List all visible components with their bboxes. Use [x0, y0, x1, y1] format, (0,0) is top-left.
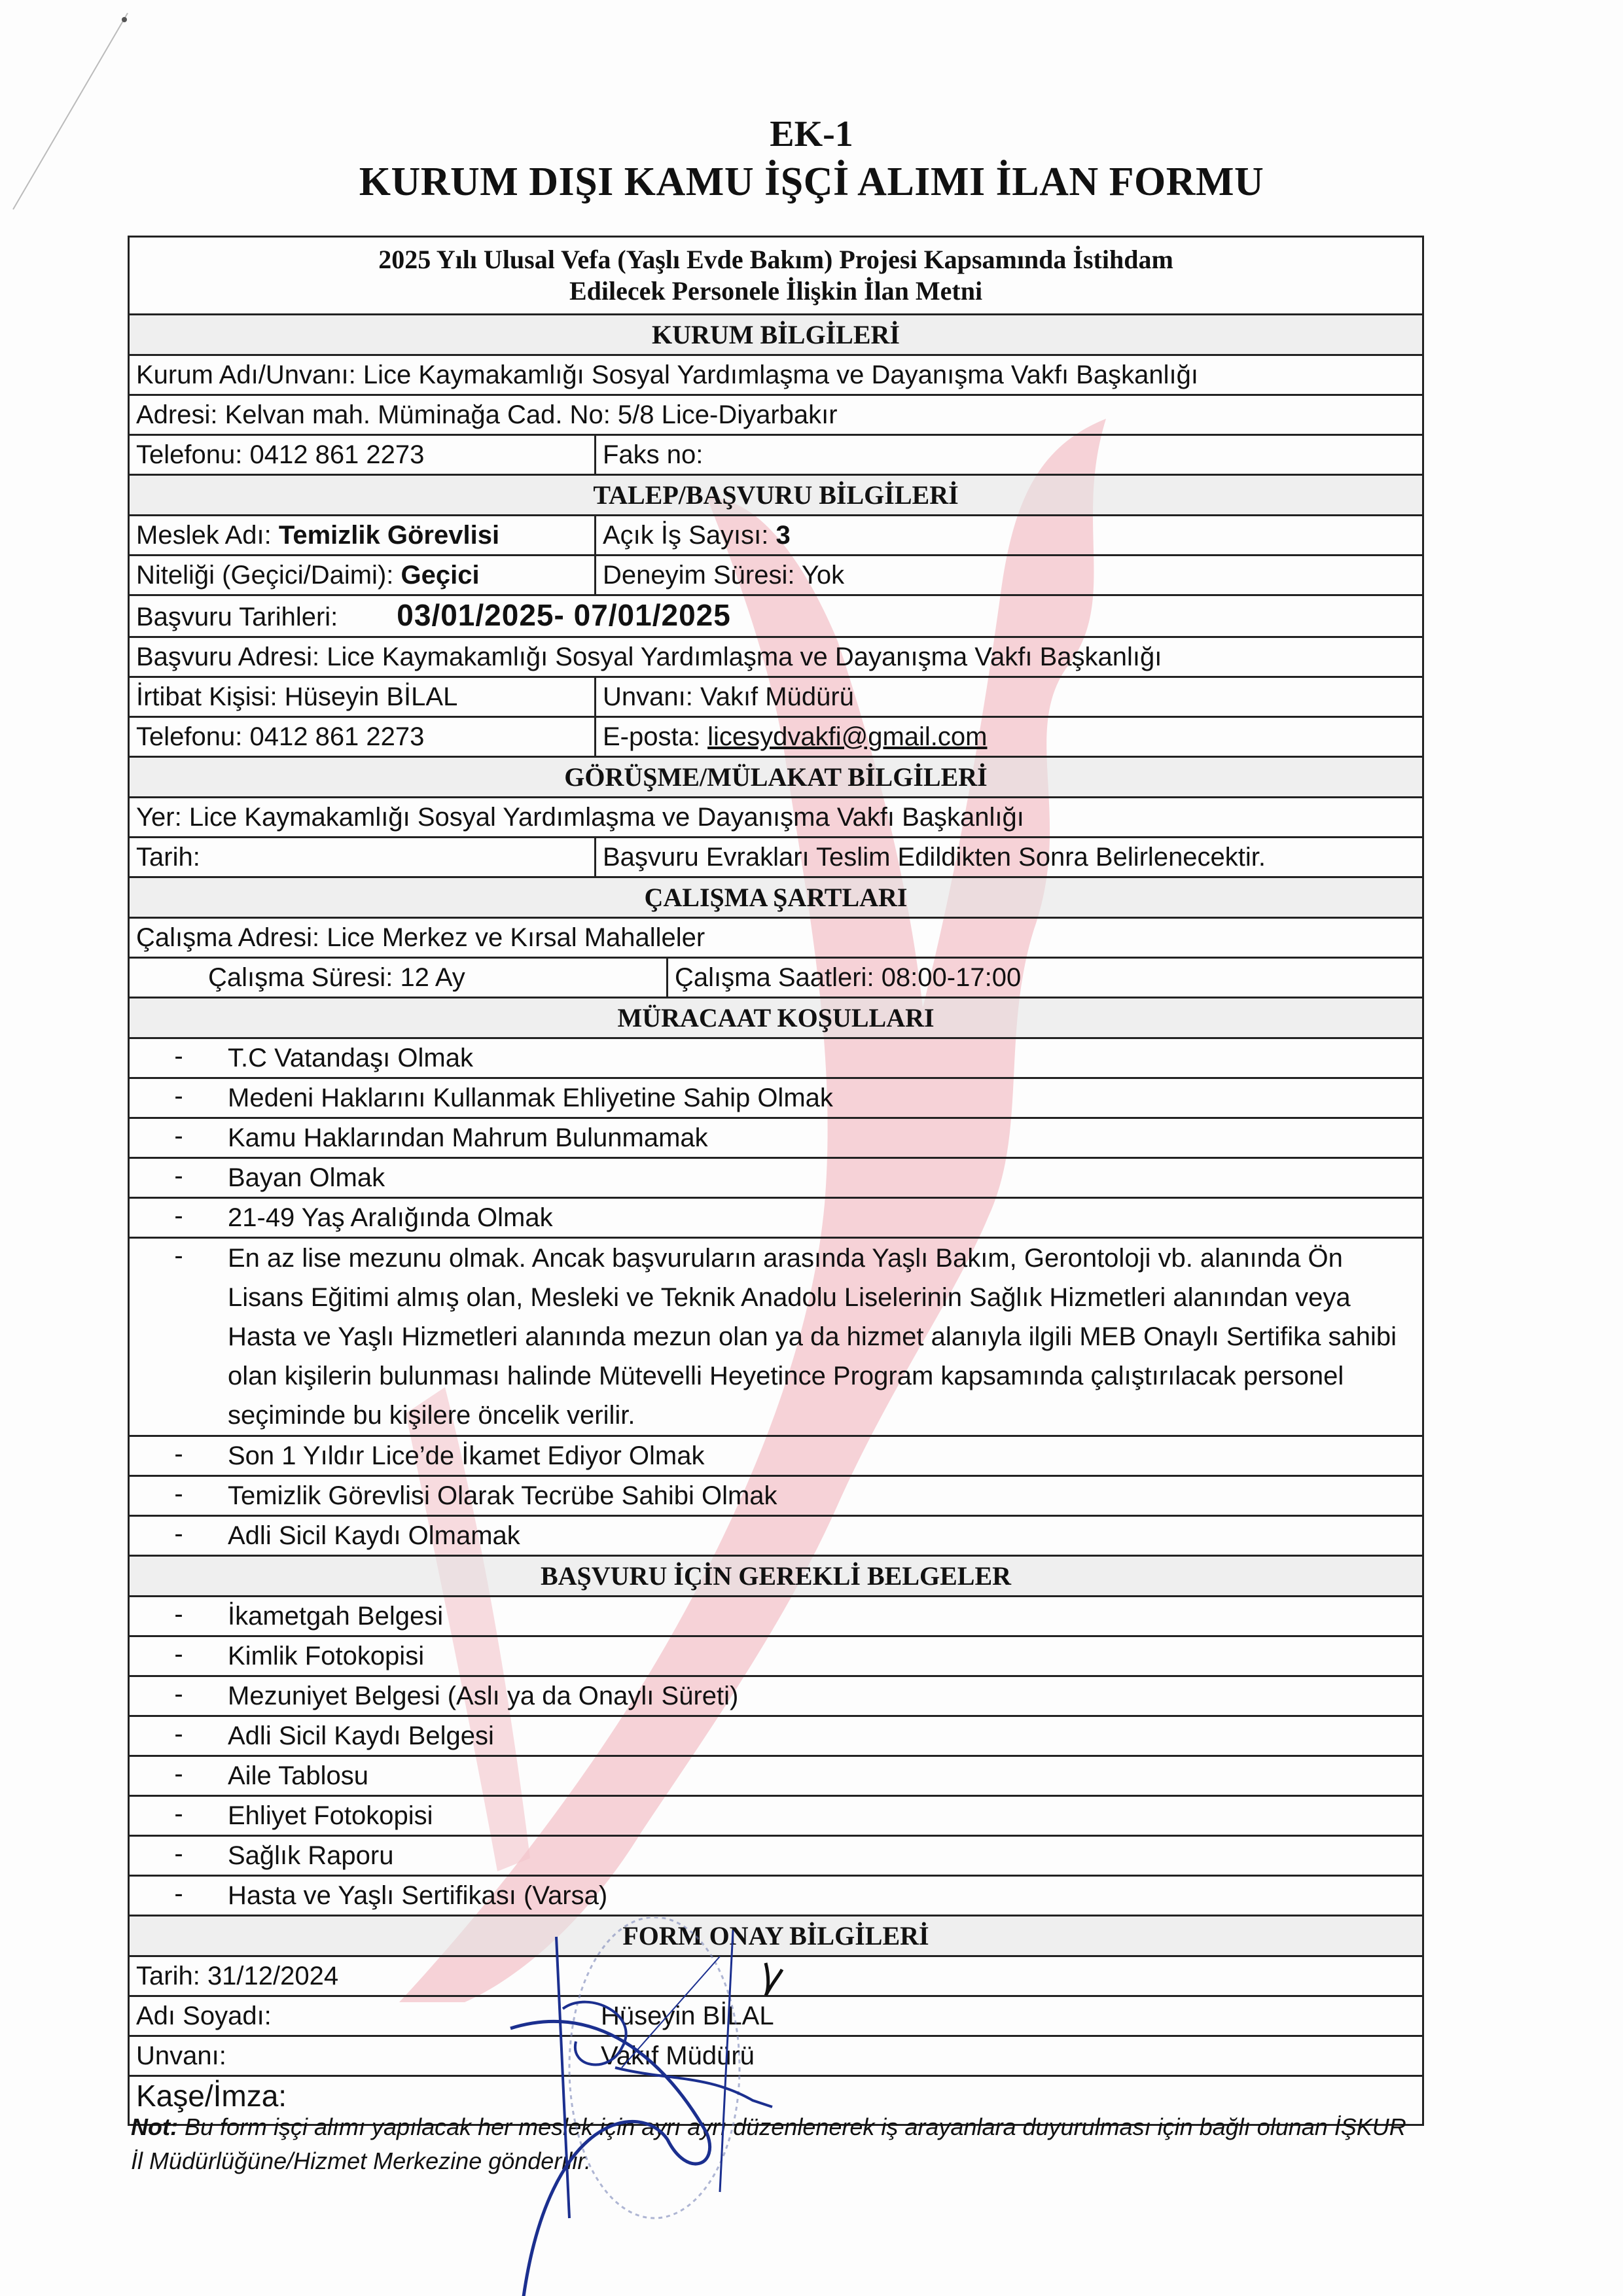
- contact-label: İrtibat Kişisi:: [136, 682, 277, 711]
- condition-item-text: 21-49 Yaş Aralığında Olmak: [228, 1199, 1422, 1237]
- interview-date-row: Tarih: Başvuru Evrakları Teslim Edildikt…: [130, 838, 1422, 878]
- occupation-row: Meslek Adı: Temizlik Görevlisi Açık İş S…: [130, 516, 1422, 556]
- condition-item-text: T.C Vatandaşı Olmak: [228, 1039, 1422, 1077]
- bullet-dash: -: [130, 1597, 228, 1635]
- bullet-dash: -: [130, 1637, 228, 1675]
- condition-item: -Kamu Haklarından Mahrum Bulunmamak: [130, 1119, 1422, 1159]
- bullet-dash: -: [130, 1477, 228, 1515]
- hours-value: 08:00-17:00: [882, 963, 1022, 992]
- institution-phone-value: 0412 861 2273: [249, 440, 424, 469]
- bullet-dash: -: [130, 1797, 228, 1835]
- dates-row: Başvuru Tarihleri:03/01/2025- 07/01/2025: [130, 596, 1422, 638]
- condition-item-text: En az lise mezunu olmak. Ancak başvurula…: [228, 1239, 1422, 1435]
- bullet-dash: -: [130, 1039, 228, 1077]
- approval-date-value: 31/12/2024: [207, 1962, 338, 1990]
- condition-item-text: Medeni Haklarını Kullanmak Ehliyetine Sa…: [228, 1079, 1422, 1117]
- document-item: -Sağlık Raporu: [130, 1837, 1422, 1877]
- section-interview: GÖRÜŞME/MÜLAKAT BİLGİLERİ: [130, 758, 1422, 798]
- contact-title-label: Unvanı:: [603, 682, 693, 711]
- institution-address-row: Adresi: Kelvan mah. Müminağa Cad. No: 5/…: [130, 396, 1422, 436]
- bullet-dash: -: [130, 1119, 228, 1157]
- conditions-list: -T.C Vatandaşı Olmak-Medeni Haklarını Ku…: [130, 1039, 1422, 1557]
- institution-name-row: Kurum Adı/Unvanı: Lice Kaymakamlığı Sosy…: [130, 356, 1422, 396]
- contact-phone-row: Telefonu: 0412 861 2273 E-posta: licesyd…: [130, 718, 1422, 758]
- type-row: Niteliği (Geçici/Daimi): Geçici Deneyim …: [130, 556, 1422, 596]
- institution-phone-label: Telefonu:: [136, 440, 242, 469]
- approval-date-label: Tarih:: [136, 1962, 200, 1990]
- bullet-dash: -: [130, 1199, 228, 1237]
- section-work: ÇALIŞMA ŞARTLARI: [130, 878, 1422, 919]
- occupation-value: Temizlik Görevlisi: [279, 521, 499, 550]
- contact-phone-label: Telefonu:: [136, 722, 242, 751]
- condition-item: -T.C Vatandaşı Olmak: [130, 1039, 1422, 1079]
- openings-value: 3: [776, 521, 791, 550]
- document-item-text: Mezuniyet Belgesi (Aslı ya da Onaylı Sür…: [228, 1677, 1422, 1715]
- annex-label: EK-1: [0, 111, 1623, 157]
- application-address-value: Lice Kaymakamlığı Sosyal Yardımlaşma ve …: [327, 643, 1162, 671]
- bullet-dash: -: [130, 1079, 228, 1117]
- section-documents: BAŞVURU İÇİN GEREKLİ BELGELER: [130, 1557, 1422, 1597]
- condition-item: -Medeni Haklarını Kullanmak Ehliyetine S…: [130, 1079, 1422, 1119]
- announcement-form: 2025 Yılı Ulusal Vefa (Yaşlı Evde Bakım)…: [128, 236, 1424, 2126]
- application-address-row: Başvuru Adresi: Lice Kaymakamlığı Sosyal…: [130, 638, 1422, 678]
- approval-seal-label: Kaşe/İmza:: [136, 2079, 287, 2113]
- approval-title-value: Vakıf Müdürü: [601, 2041, 755, 2070]
- duration-value: 12 Ay: [400, 963, 465, 992]
- institution-address-value: Kelvan mah. Müminağa Cad. No: 5/8 Lice-D…: [225, 400, 838, 429]
- interview-place-value: Lice Kaymakamlığı Sosyal Yardımlaşma ve …: [189, 803, 1024, 832]
- dates-value: 03/01/2025- 07/01/2025: [397, 598, 731, 632]
- bullet-dash: -: [130, 1677, 228, 1715]
- section-approval: FORM ONAY BİLGİLERİ: [130, 1916, 1422, 1957]
- interview-place-label: Yer:: [136, 803, 182, 832]
- email-label: E-posta:: [603, 722, 700, 751]
- document-item-text: Adli Sicil Kaydı Belgesi: [228, 1717, 1422, 1755]
- interview-place-row: Yer: Lice Kaymakamlığı Sosyal Yardımlaşm…: [130, 798, 1422, 838]
- duration-label: Çalışma Süresi:: [208, 963, 393, 992]
- document-item-text: Kimlik Fotokopisi: [228, 1637, 1422, 1675]
- bullet-dash: -: [130, 1837, 228, 1875]
- condition-item-text: Kamu Haklarından Mahrum Bulunmamak: [228, 1119, 1422, 1157]
- openings-label: Açık İş Sayısı:: [603, 521, 768, 550]
- work-address-label: Çalışma Adresi:: [136, 923, 319, 952]
- approval-name-row: Adı Soyadı: Hüseyin BİLAL: [130, 1997, 1422, 2037]
- condition-item: -Son 1 Yıldır Lice’de İkamet Ediyor Olma…: [130, 1437, 1422, 1477]
- condition-item-text: Bayan Olmak: [228, 1159, 1422, 1197]
- document-item-text: Aile Tablosu: [228, 1757, 1422, 1795]
- interview-date-label: Tarih:: [136, 843, 200, 872]
- contact-value: Hüseyin BİLAL: [285, 682, 458, 711]
- page-header: EK-1 KURUM DIŞI KAMU İŞÇİ ALIMI İLAN FOR…: [0, 111, 1623, 207]
- bullet-dash: -: [130, 1437, 228, 1475]
- condition-item-text: Son 1 Yıldır Lice’de İkamet Ediyor Olmak: [228, 1437, 1422, 1475]
- interview-date-value: Başvuru Evrakları Teslim Edildikten Sonr…: [603, 843, 1266, 872]
- form-note: Not: Bu form işçi alımı yapılacak her me…: [131, 2110, 1414, 2178]
- contact-row: İrtibat Kişisi: Hüseyin BİLAL Unvanı: Va…: [130, 678, 1422, 718]
- document-item: -Aile Tablosu: [130, 1757, 1422, 1797]
- intro-line-2: Edilecek Personele İlişkin İlan Metni: [569, 275, 982, 307]
- bullet-dash: -: [130, 1517, 228, 1555]
- intro-line-1: 2025 Yılı Ulusal Vefa (Yaşlı Evde Bakım)…: [378, 244, 1173, 275]
- condition-item-text: Temizlik Görevlisi Olarak Tecrübe Sahibi…: [228, 1477, 1422, 1515]
- form-intro: 2025 Yılı Ulusal Vefa (Yaşlı Evde Bakım)…: [130, 238, 1422, 315]
- condition-item-text: Adli Sicil Kaydı Olmamak: [228, 1517, 1422, 1555]
- document-item: -İkametgah Belgesi: [130, 1597, 1422, 1637]
- fax-label: Faks no:: [603, 440, 703, 469]
- bullet-dash: -: [130, 1159, 228, 1197]
- condition-item: -21-49 Yaş Aralığında Olmak: [130, 1199, 1422, 1239]
- bullet-dash: -: [130, 1717, 228, 1755]
- experience-label: Deneyim Süresi:: [603, 561, 794, 590]
- condition-item: -Bayan Olmak: [130, 1159, 1422, 1199]
- documents-list: -İkametgah Belgesi-Kimlik Fotokopisi-Mez…: [130, 1597, 1422, 1916]
- contact-title-value: Vakıf Müdürü: [700, 682, 854, 711]
- hours-label: Çalışma Saatleri:: [675, 963, 874, 992]
- form-title: KURUM DIŞI KAMU İŞÇİ ALIMI İLAN FORMU: [0, 157, 1623, 207]
- section-application: TALEP/BAŞVURU BİLGİLERİ: [130, 476, 1422, 516]
- email-link[interactable]: licesydvakfi@gmail.com: [707, 722, 987, 751]
- approval-name-label: Adı Soyadı:: [136, 2002, 272, 2030]
- institution-address-label: Adresi:: [136, 400, 218, 429]
- approval-date-row: Tarih: 31/12/2024: [130, 1957, 1422, 1997]
- document-item: -Kimlik Fotokopisi: [130, 1637, 1422, 1677]
- document-item-text: Hasta ve Yaşlı Sertifikası (Varsa): [228, 1877, 1422, 1915]
- note-prefix: Not:: [131, 2113, 178, 2140]
- work-time-row: Çalışma Süresi: 12 Ay Çalışma Saatleri: …: [130, 959, 1422, 998]
- document-item: -Adli Sicil Kaydı Belgesi: [130, 1717, 1422, 1757]
- document-item-text: İkametgah Belgesi: [228, 1597, 1422, 1635]
- institution-phone-row: Telefonu: 0412 861 2273 Faks no:: [130, 436, 1422, 476]
- occupation-label: Meslek Adı:: [136, 521, 272, 550]
- document-item: -Hasta ve Yaşlı Sertifikası (Varsa): [130, 1877, 1422, 1916]
- contact-phone-value: 0412 861 2273: [249, 722, 424, 751]
- type-value: Geçici: [401, 561, 480, 590]
- document-item-text: Ehliyet Fotokopisi: [228, 1797, 1422, 1835]
- dates-label: Başvuru Tarihleri:: [136, 603, 338, 631]
- approval-title-label: Unvanı:: [136, 2041, 226, 2070]
- condition-item: -En az lise mezunu olmak. Ancak başvurul…: [130, 1239, 1422, 1437]
- bullet-dash: -: [130, 1877, 228, 1915]
- document-item-text: Sağlık Raporu: [228, 1837, 1422, 1875]
- note-text: Bu form işçi alımı yapılacak her meslek …: [131, 2113, 1406, 2174]
- bullet-dash: -: [130, 1757, 228, 1795]
- bullet-dash: -: [130, 1239, 228, 1435]
- document-item: -Mezuniyet Belgesi (Aslı ya da Onaylı Sü…: [130, 1677, 1422, 1717]
- work-address-value: Lice Merkez ve Kırsal Mahalleler: [327, 923, 705, 952]
- experience-value: Yok: [802, 561, 844, 590]
- institution-name-label: Kurum Adı/Unvanı:: [136, 361, 356, 389]
- section-conditions: MÜRACAAT KOŞULLARI: [130, 998, 1422, 1039]
- work-address-row: Çalışma Adresi: Lice Merkez ve Kırsal Ma…: [130, 919, 1422, 959]
- condition-item: -Temizlik Görevlisi Olarak Tecrübe Sahib…: [130, 1477, 1422, 1517]
- approval-title-row: Unvanı: Vakıf Müdürü: [130, 2037, 1422, 2077]
- application-address-label: Başvuru Adresi:: [136, 643, 319, 671]
- institution-name-value: Lice Kaymakamlığı Sosyal Yardımlaşma ve …: [363, 361, 1198, 389]
- document-item: -Ehliyet Fotokopisi: [130, 1797, 1422, 1837]
- condition-item: -Adli Sicil Kaydı Olmamak: [130, 1517, 1422, 1557]
- type-label: Niteliği (Geçici/Daimi):: [136, 561, 393, 590]
- approval-name-value: Hüseyin BİLAL: [601, 2002, 774, 2030]
- section-institution: KURUM BİLGİLERİ: [130, 315, 1422, 356]
